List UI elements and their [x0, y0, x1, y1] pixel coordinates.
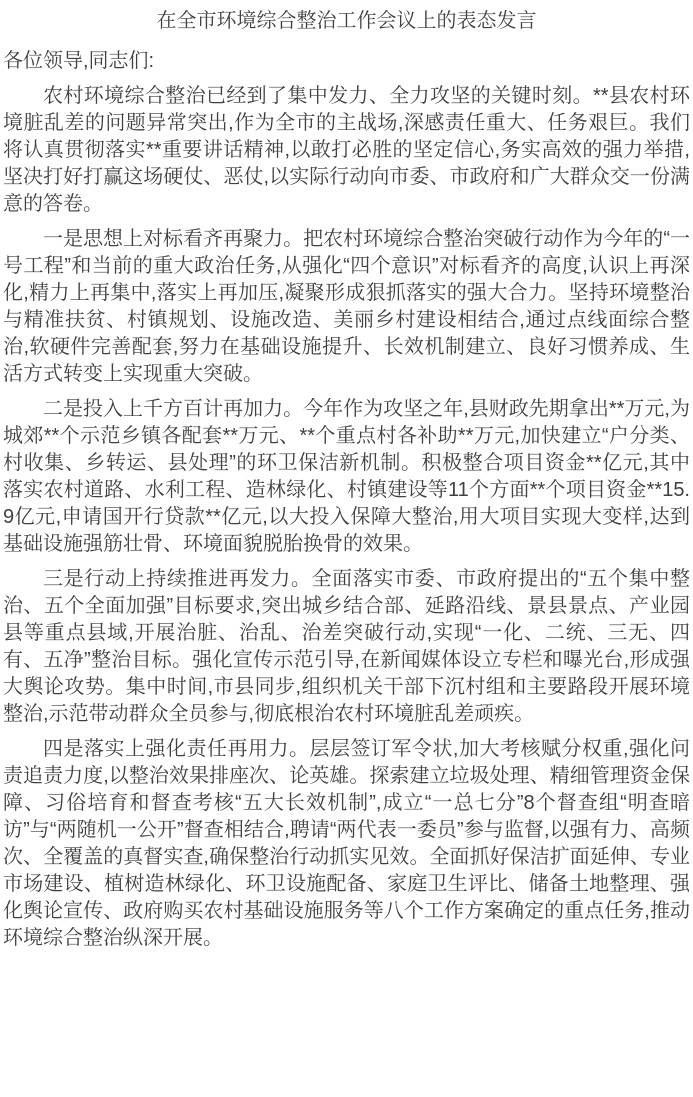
- paragraph-intro: 农村环境综合整治已经到了集中发力、全力攻坚的关键时刻。**县农村环境脏乱差的问题…: [3, 83, 690, 218]
- paragraph-point-4: 四是落实上强化责任再用力。层层签订军令状,加大考核赋分权重,强化问责追责力度,以…: [3, 736, 690, 952]
- paragraph-point-2: 二是投入上千方百计再加力。今年作为攻坚之年,县财政先期拿出**万元,为城郊**个…: [3, 396, 690, 558]
- document-title: 在全市环境综合整治工作会议上的表态发言: [3, 7, 690, 35]
- salutation-line: 各位领导,同志们:: [3, 48, 690, 75]
- document-page: 在全市环境综合整治工作会议上的表态发言 各位领导,同志们: 农村环境综合整治已经…: [0, 0, 693, 1097]
- paragraph-point-1: 一是思想上对标看齐再聚力。把农村环境综合整治突破行动作为今年的“一号工程”和当前…: [3, 226, 690, 388]
- paragraph-point-3: 三是行动上持续推进再发力。全面落实市委、市政府提出的“五个集中整治、五个全面加强…: [3, 566, 690, 728]
